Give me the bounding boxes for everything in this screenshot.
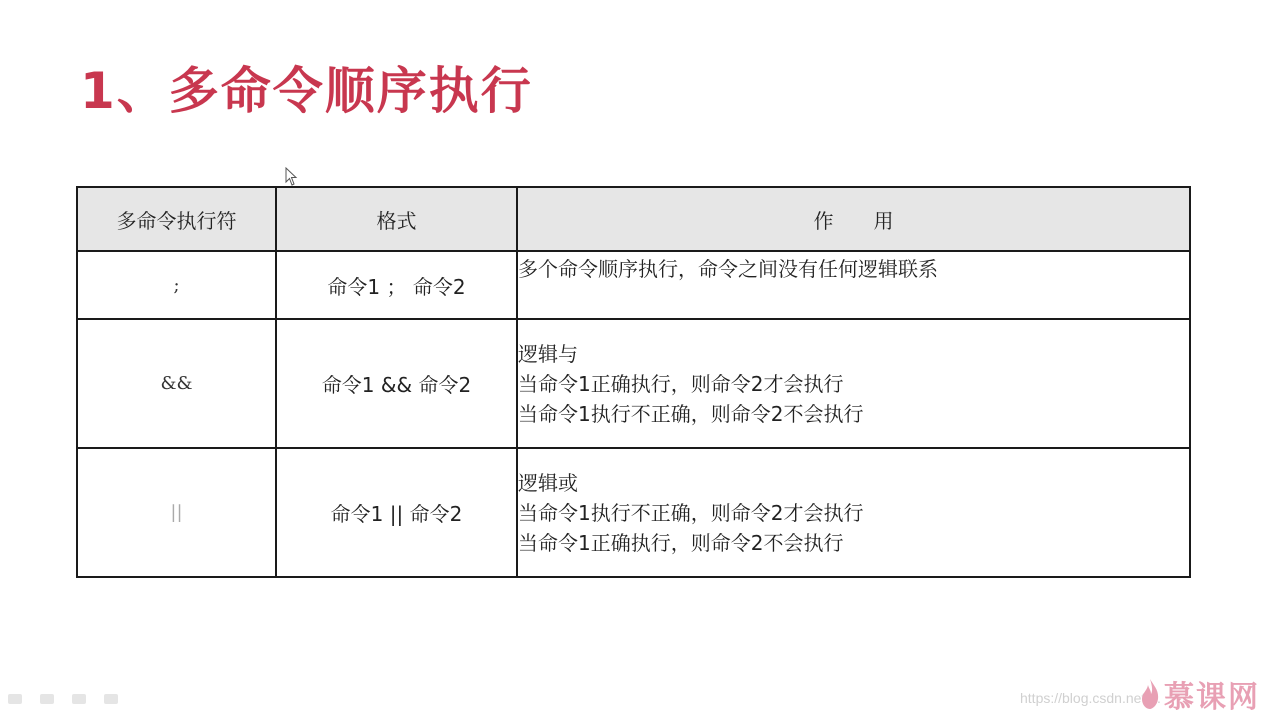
previous-icon[interactable] (8, 694, 22, 704)
table-row: || 命令1 || 命令2 逻辑或 当命令1执行不正确，则命令2才会执行 当命令… (77, 448, 1190, 577)
table-row: && 命令1 && 命令2 逻辑与 当命令1正确执行，则命令2才会执行 当命令1… (77, 319, 1190, 448)
operators-table: 多命令执行符 格式 作 用 ; 命令1 ； 命令2 多个命令顺序执行，命令之间没… (76, 186, 1191, 578)
slideshow-toolbar (8, 694, 118, 704)
description-line: 当命令1执行不正确，则命令2不会执行 (518, 399, 1189, 429)
mouse-cursor-icon (285, 167, 299, 187)
format-cell: 命令1 && 命令2 (276, 319, 517, 448)
slide-title: 1、多命令顺序执行 (80, 58, 533, 124)
description-line: 当命令1正确执行，则命令2不会执行 (518, 528, 1189, 558)
description-cell: 逻辑或 当命令1执行不正确，则命令2才会执行 当命令1正确执行，则命令2不会执行 (517, 448, 1190, 577)
table-row: ; 命令1 ； 命令2 多个命令顺序执行，命令之间没有任何逻辑联系 (77, 251, 1190, 319)
menu-icon[interactable] (72, 694, 86, 704)
logo-text: 慕课网 (1164, 672, 1260, 716)
format-cell: 命令1 || 命令2 (276, 448, 517, 577)
operator-cell: && (77, 319, 276, 448)
brand-logo: 慕课网 (1140, 672, 1260, 716)
description-line: 逻辑与 (518, 339, 1189, 369)
operator-cell: || (77, 448, 276, 577)
description-cell: 逻辑与 当命令1正确执行，则命令2才会执行 当命令1执行不正确，则命令2不会执行 (517, 319, 1190, 448)
next-icon[interactable] (104, 694, 118, 704)
description-cell: 多个命令顺序执行，命令之间没有任何逻辑联系 (517, 251, 1190, 319)
table-header-row: 多命令执行符 格式 作 用 (77, 187, 1190, 251)
header-purpose: 作 用 (517, 187, 1190, 251)
description-line: 逻辑或 (518, 468, 1189, 498)
description-line: 当命令1执行不正确，则命令2才会执行 (518, 498, 1189, 528)
pen-icon[interactable] (40, 694, 54, 704)
flame-icon (1140, 678, 1160, 710)
format-cell: 命令1 ； 命令2 (276, 251, 517, 319)
header-format: 格式 (276, 187, 517, 251)
header-operator: 多命令执行符 (77, 187, 276, 251)
description-line: 多个命令顺序执行，命令之间没有任何逻辑联系 (518, 254, 1189, 284)
description-line: 当命令1正确执行，则命令2才会执行 (518, 369, 1189, 399)
operator-cell: ; (77, 251, 276, 319)
